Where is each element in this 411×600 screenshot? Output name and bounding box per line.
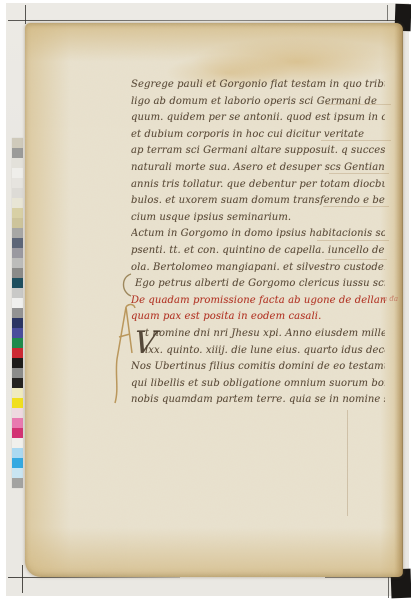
calibration-patch — [12, 138, 23, 148]
text-line: lxx. quinto. xiiij. die lune eius. quart… — [131, 343, 385, 360]
calibration-patch — [12, 338, 23, 348]
calibration-patch — [12, 208, 23, 218]
text-line: nobis quamdam partem terre. quia se in n… — [131, 392, 385, 409]
manuscript-page: Segrege pauli et Gorgonio fiat testam in… — [25, 23, 403, 577]
text-line: ligo ab domum et laborio operis sci Germ… — [131, 94, 385, 111]
text-line: Segrege pauli et Gorgonio fiat testam in… — [131, 77, 385, 94]
calibration-patch — [12, 258, 23, 268]
calibration-patch — [12, 408, 23, 418]
rubric-line: quam pax est posita in eodem casali. — [131, 309, 385, 326]
calibration-patch — [12, 428, 23, 438]
text-line: ap terram sci Germani altare supposuit. … — [131, 143, 385, 160]
text-line: naturali morte sua. Asero et desuper scs… — [131, 160, 385, 177]
text-line: Actum in Gorgomo in domo ipsius habitaci… — [131, 226, 385, 243]
calibration-patch — [12, 238, 23, 248]
calibration-patch — [12, 288, 23, 298]
calibration-patch — [12, 168, 23, 178]
calibration-patch — [12, 468, 23, 478]
calibration-patch — [12, 388, 23, 398]
calibration-patch — [12, 148, 23, 158]
text-line: qui libellis et sub obligatione omnium s… — [131, 376, 385, 393]
registration-line-top — [8, 20, 397, 21]
manuscript-photo: Segrege pauli et Gorgonio fiat testam in… — [0, 0, 411, 600]
calibration-patch — [12, 318, 23, 328]
registration-line-bottom-left — [8, 577, 180, 578]
text-line: ola. Bertolomeo mangiapani. et silvestro… — [131, 260, 385, 277]
calibration-patch — [12, 458, 23, 468]
calibration-patch — [12, 478, 23, 488]
calibration-patch — [12, 358, 23, 368]
calibration-patch — [12, 248, 23, 258]
calibration-patch — [12, 198, 23, 208]
registration-tick-top-right — [387, 5, 388, 21]
calibration-patch — [12, 348, 23, 358]
calibration-patch — [12, 418, 23, 428]
ruling-line-vertical — [347, 410, 348, 516]
calibration-patch — [12, 188, 23, 198]
calibration-patch — [12, 218, 23, 228]
registration-line-bottom-right — [325, 577, 392, 578]
text-block: Segrege pauli et Gorgonio fiat testam in… — [131, 77, 385, 409]
calibration-patch — [12, 228, 23, 238]
calibration-patch — [12, 438, 23, 448]
registration-tick-top-left — [25, 5, 26, 24]
calibration-patch — [12, 178, 23, 188]
text-line: Nos Ubertinus filius comitis domini de e… — [131, 359, 385, 376]
calibration-patch — [12, 398, 23, 408]
versal-initial: V — [132, 328, 158, 358]
calibration-patch — [12, 368, 23, 378]
registration-crosshair-bottom-left — [22, 565, 23, 593]
text-line: cium usque ipsius seminarium. — [131, 210, 385, 227]
text-line: annis tris tollatur. que debentur per to… — [131, 177, 385, 194]
rubric-line: De quadam promissione facta ab ugone de … — [131, 293, 385, 310]
text-line: quum. quidem per se antonii. quod est ip… — [131, 110, 385, 127]
calibration-patch — [12, 158, 23, 168]
text-line: bulos. et uxorem suam domum transferendo… — [131, 193, 385, 210]
color-calibration-strip — [12, 138, 23, 488]
calibration-patch — [12, 308, 23, 318]
text-line: t nomine dni nri Jhesu xpi. Anno eiusdem… — [131, 326, 385, 343]
paragraph-pen-mark — [119, 271, 133, 299]
calibration-patch — [12, 448, 23, 458]
text-line: Ego petrus alberti de Gorgomo clericus i… — [131, 276, 385, 293]
calibration-patch — [12, 298, 23, 308]
calibration-patch — [12, 378, 23, 388]
calibration-patch — [12, 278, 23, 288]
text-line: psenti. tt. et con. quintino de capella.… — [131, 243, 385, 260]
text-line: et dubium corporis in hoc cui dicitur ve… — [131, 127, 385, 144]
calibration-patch — [12, 268, 23, 278]
marginal-note: a đa — [383, 295, 398, 303]
calibration-patch — [12, 328, 23, 338]
